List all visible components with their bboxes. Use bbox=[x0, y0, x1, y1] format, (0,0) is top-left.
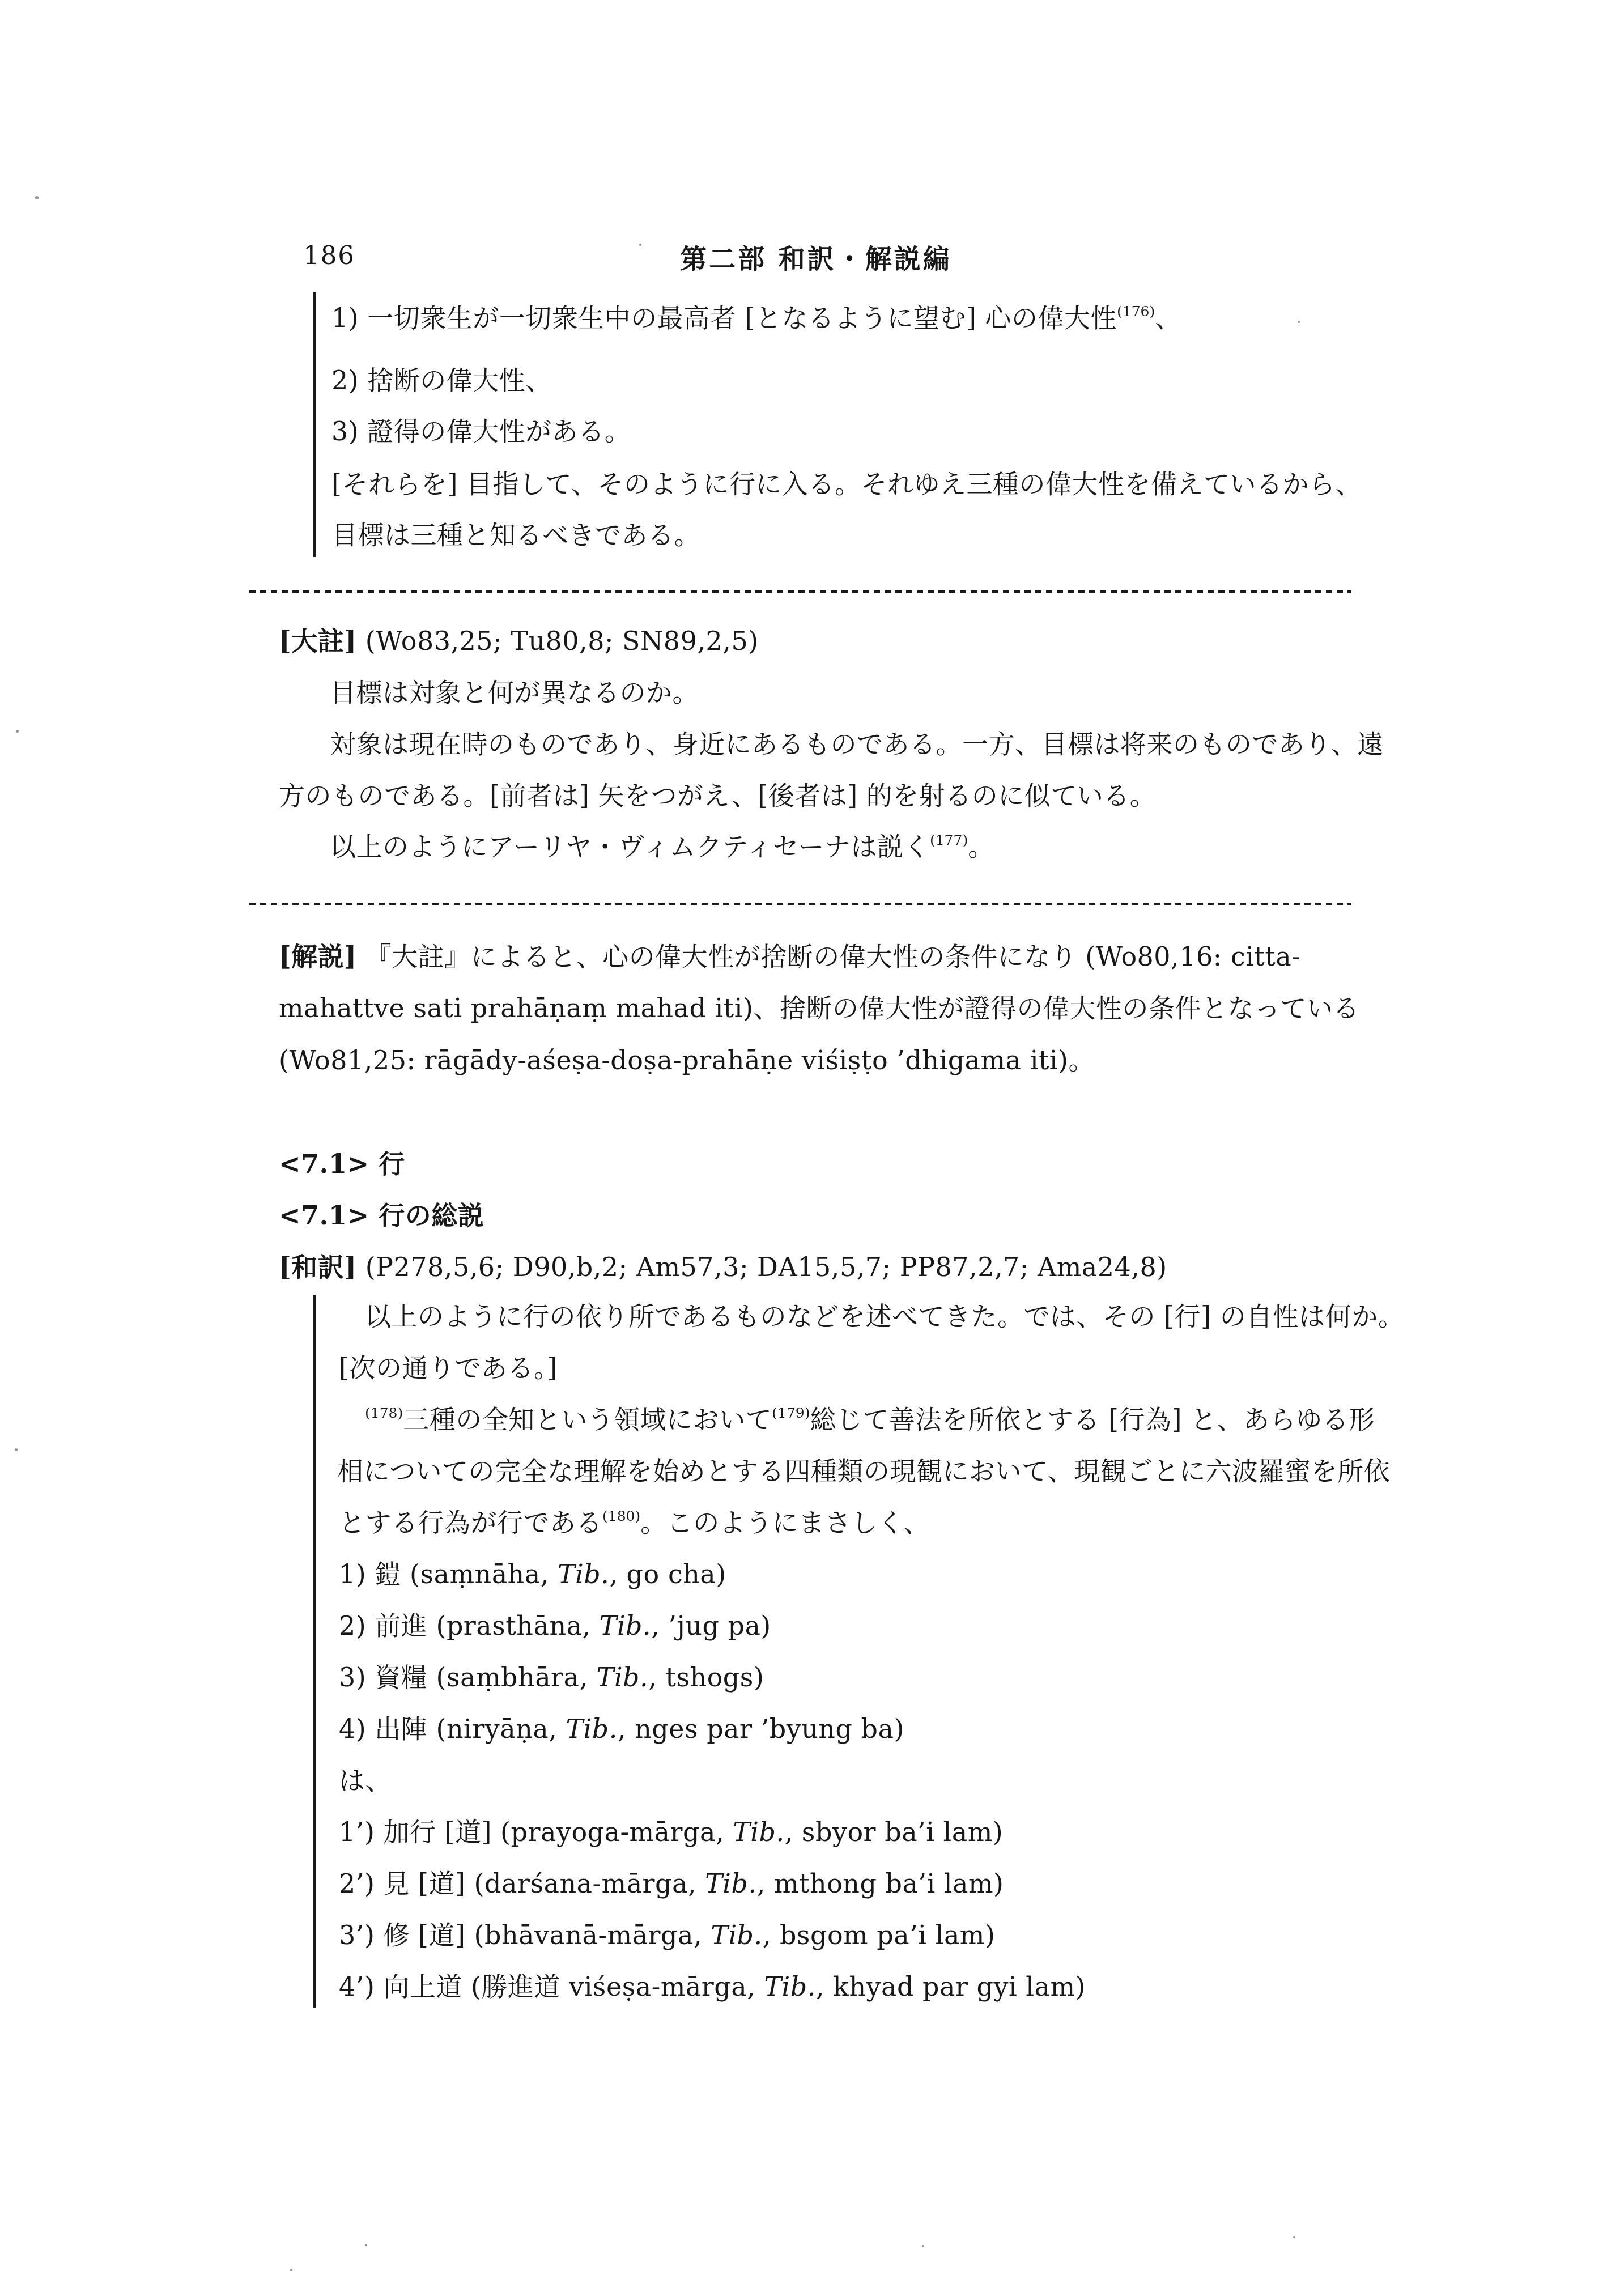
quote-line: は、 bbox=[339, 1766, 392, 1796]
scan-speck bbox=[922, 2245, 924, 2247]
daichu-heading-line: [大註] (Wo83,25; Tu80,8; SN89,2,5) bbox=[279, 626, 759, 656]
quote-line: 3) 證得の偉大性がある。 bbox=[331, 416, 631, 447]
scan-speck bbox=[16, 730, 19, 733]
scan-speck bbox=[15, 1448, 18, 1451]
kaisetsu-heading-line: [解説] 『大註』によると、心の偉大性が捨断の偉大性の条件になり (Wo80,1… bbox=[279, 942, 1300, 972]
list-item: 2’) 見 [道] (darśana-mārga, Tib., mthong b… bbox=[339, 1869, 1004, 1899]
scanned-document-page: 186 第二部 和訳・解説編 1) 一切衆生が一切衆生中の最高者 [となるように… bbox=[0, 0, 1624, 2296]
list-item: 2) 前進 (prasthāna, Tib., ’jug pa) bbox=[339, 1611, 771, 1641]
wayaku-heading-line: [和訳] (P278,5,6; D90,b,2; Am57,3; DA15,5,… bbox=[279, 1252, 1167, 1282]
quote-rule bbox=[313, 1295, 316, 2008]
scan-speck bbox=[365, 2244, 367, 2246]
list-item: 4) 出陣 (niryāṇa, Tib., nges par ’byung ba… bbox=[339, 1714, 904, 1744]
quote-line: 1) 一切衆生が一切衆生中の最高者 [となるように望む] 心の偉大性(176)、 bbox=[331, 303, 1181, 333]
quote-line: [次の通りである。] bbox=[339, 1353, 558, 1383]
dashed-separator bbox=[249, 590, 1351, 593]
scan-speck bbox=[35, 196, 39, 199]
paragraph-line: 以上のようにアーリヤ・ヴィムクティセーナは説く(177)。 bbox=[330, 832, 994, 862]
paragraph-line: mahattve sati prahāṇaṃ mahad iti)、捨断の偉大性… bbox=[279, 993, 1359, 1023]
paragraph-line: 方のものである。[前者は] 矢をつがえ、[後者は] 的を射るのに似ている。 bbox=[279, 781, 1156, 811]
quote-line: (178)三種の全知という領域において(179)総じて善法を所依とする [行為]… bbox=[365, 1405, 1375, 1435]
paragraph-line: (Wo81,25: rāgādy-aśeṣa-doṣa-prahāṇe viśi… bbox=[279, 1045, 1095, 1075]
section-heading: <7.1> 行の総説 bbox=[279, 1201, 484, 1231]
list-item: 1’) 加行 [道] (prayoga-mārga, Tib., sbyor b… bbox=[339, 1817, 1003, 1847]
quote-line: [それらを] 目指して、そのように行に入る。それゆえ三種の偉大性を備えているから… bbox=[331, 469, 1362, 499]
quote-line: 相についての完全な理解を始めとする四種類の現観において、現観ごとに六波羅蜜を所依 bbox=[337, 1456, 1390, 1486]
section-heading: <7.1> 行 bbox=[279, 1149, 405, 1179]
scan-speck bbox=[290, 2269, 292, 2271]
list-item: 3’) 修 [道] (bhāvanā-mārga, Tib., bsgom pa… bbox=[339, 1920, 995, 1950]
paragraph-line: 対象は現在時のものであり、身近にあるものである。一方、目標は将来のものであり、遠 bbox=[330, 729, 1384, 759]
quote-line: 2) 捨断の偉大性、 bbox=[331, 365, 552, 396]
dashed-separator bbox=[249, 903, 1351, 905]
list-item: 3) 資糧 (saṃbhāra, Tib., tshogs) bbox=[339, 1663, 764, 1693]
list-item: 1) 鎧 (saṃnāha, Tib., go cha) bbox=[339, 1559, 726, 1589]
list-item: 4’) 向上道 (勝進道 viśeṣa-mārga, Tib., khyad p… bbox=[339, 1972, 1086, 2002]
quote-line: 以上のように行の依り所であるものなどを述べてきた。では、その [行] の自性は何… bbox=[365, 1302, 1404, 1332]
quote-line: とする行為が行である(180)。このようにまさしく、 bbox=[339, 1508, 930, 1538]
paragraph-line: 目標は対象と何が異なるのか。 bbox=[330, 678, 699, 708]
scan-speck bbox=[1293, 2236, 1295, 2238]
running-header-title: 第二部 和訳・解説編 bbox=[249, 238, 1383, 276]
quote-rule bbox=[313, 292, 316, 557]
scan-speck bbox=[1298, 321, 1300, 323]
scan-speck bbox=[639, 244, 641, 246]
quote-line: 目標は三種と知るべきである。 bbox=[331, 520, 700, 550]
